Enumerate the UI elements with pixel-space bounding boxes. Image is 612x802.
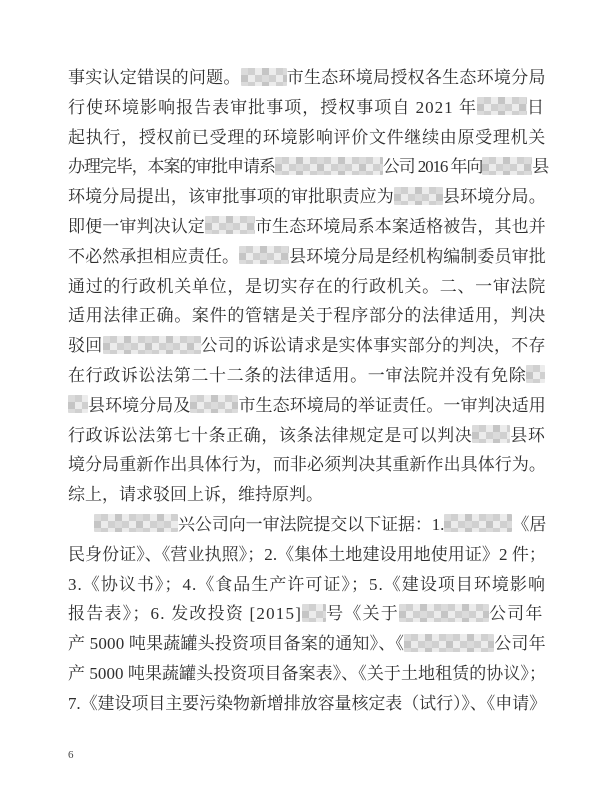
- text-segment: 通过的行政机关单位，是切实存在的行政机关。二、一审法院: [68, 277, 546, 296]
- text-segment: 行政诉讼法第七十条正确，该条法律规定是可以判决: [68, 426, 472, 445]
- text-line-content: 通过的行政机关单位，是切实存在的行政机关。二、一审法院: [68, 272, 546, 302]
- text-segment: 产 5000 吨果蔬罐头投资项目备案的通知》、《: [68, 634, 404, 653]
- text-line-content: 适用法律正确。案件的管辖是关于程序部分的法律适用，判决: [68, 301, 546, 331]
- text-line-content: 产 5000 吨果蔬罐头投资项目备案表》、《关于土地租赁的协议》；: [68, 659, 546, 689]
- text-segment: 市生态环境局系本案适格被告，其也并: [255, 217, 546, 236]
- text-line: 驳回公司的诉讼请求是实体事实部分的判决，不存: [68, 331, 546, 361]
- text-segment: 不必然承担相应责任。: [68, 247, 239, 266]
- redaction-block: [241, 68, 287, 86]
- text-segment: 市生态环境局的举证责任。一审判决适用: [238, 396, 545, 415]
- text-segment: 环境分局提出，该审批事项的审批职责应为: [68, 187, 394, 206]
- text-line-content: 兴公司向一审法院提交以下证据：1.《居: [94, 510, 546, 540]
- text-line-content: 环境分局提出，该审批事项的审批职责应为县环境分局。: [68, 182, 546, 212]
- redaction-block: [399, 604, 489, 622]
- text-line-content: 报告表》；6. 发改投资 [2015]号《关于公司年: [68, 599, 544, 629]
- text-segment: 民身份证》、《营业执照》；2.《集体土地建设用地使用证》2 件；: [68, 545, 546, 564]
- text-segment: 公司 2016 年向: [383, 157, 483, 176]
- redaction-block: [94, 514, 178, 532]
- redaction-block: [526, 365, 545, 383]
- text-segment: 县环: [510, 426, 545, 445]
- text-line: 综上，请求驳回上诉，维持原判。: [68, 480, 546, 510]
- redaction-block: [472, 425, 510, 443]
- text-line-content: 行政诉讼法第七十条正确，该条法律规定是可以判决县环: [68, 421, 545, 451]
- text-segment: 境分局重新作出具体行为，而非必须判决其重新作出具体行为。: [68, 455, 546, 474]
- text-line: 产 5000 吨果蔬罐头投资项目备案的通知》、《公司年: [68, 629, 546, 659]
- text-line: 兴公司向一审法院提交以下证据：1.《居: [68, 510, 546, 540]
- text-segment: 在行政诉讼法第二十二条的法律适用。一审法院并没有免除: [68, 366, 526, 385]
- text-line-content: 民身份证》、《营业执照》；2.《集体土地建设用地使用证》2 件；: [68, 540, 546, 570]
- text-line-content: 即便一审判决认定市生态环境局系本案适格被告，其也并: [68, 212, 546, 242]
- redaction-block: [394, 187, 443, 205]
- text-line: 环境分局提出，该审批事项的审批职责应为县环境分局。: [68, 182, 546, 212]
- text-segment: 县环境分局及: [88, 396, 190, 415]
- text-line: 产 5000 吨果蔬罐头投资项目备案表》、《关于土地租赁的协议》；: [68, 659, 546, 689]
- text-segment: 适用法律正确。案件的管辖是关于程序部分的法律适用，判决: [68, 306, 546, 325]
- text-segment: 公司年: [494, 634, 546, 653]
- redaction-block: [239, 246, 289, 264]
- text-segment: 办理完毕，本案的审批申请系: [68, 157, 275, 176]
- judgment-text-block: 事实认定错误的问题。市生态环境局授权各生态环境分局行使环境影响报告表审批事项，授…: [68, 63, 546, 719]
- document-page: 事实认定错误的问题。市生态环境局授权各生态环境分局行使环境影响报告表审批事项，授…: [0, 0, 612, 802]
- text-line: 办理完毕，本案的审批申请系公司 2016 年向县: [68, 152, 546, 182]
- text-segment: 驳回: [68, 336, 103, 355]
- text-segment: 市生态环境局授权各生态环境分局: [287, 68, 546, 87]
- redaction-block: [477, 97, 527, 115]
- text-line: 境分局重新作出具体行为，而非必须判决其重新作出具体行为。: [68, 450, 546, 480]
- redaction-block: [302, 604, 326, 622]
- text-segment: 兴公司向一审法院提交以下证据：1.: [178, 515, 444, 534]
- text-line-content: 办理完毕，本案的审批申请系公司 2016 年向县: [68, 152, 548, 182]
- text-segment: 产 5000 吨果蔬罐头投资项目备案表》、《关于土地租赁的协议》；: [68, 664, 546, 683]
- text-line-content: 事实认定错误的问题。市生态环境局授权各生态环境分局: [68, 63, 546, 93]
- text-line-content: 在行政诉讼法第二十二条的法律适用。一审法院并没有免除: [68, 361, 545, 391]
- text-segment: 县: [532, 157, 548, 176]
- redaction-block: [103, 336, 201, 354]
- text-segment: 起执行，授权前已受理的环境影响评价文件继续由原受理机关: [68, 128, 546, 147]
- page-number: 6: [68, 748, 74, 762]
- text-line: 在行政诉讼法第二十二条的法律适用。一审法院并没有免除: [68, 361, 546, 391]
- text-line: 起执行，授权前已受理的环境影响评价文件继续由原受理机关: [68, 123, 546, 153]
- redaction-block: [444, 514, 512, 532]
- text-line-content: 产 5000 吨果蔬罐头投资项目备案的通知》、《公司年: [68, 629, 546, 659]
- text-line-content: 不必然承担相应责任。县环境分局是经机构编制委员审批: [68, 242, 546, 272]
- text-line-content: 3.《协议书》；4.《食品生产许可证》；5.《建设项目环境影响: [68, 570, 546, 600]
- text-line: 民身份证》、《营业执照》；2.《集体土地建设用地使用证》2 件；: [68, 540, 546, 570]
- text-line: 事实认定错误的问题。市生态环境局授权各生态环境分局: [68, 63, 546, 93]
- text-line: 3.《协议书》；4.《食品生产许可证》；5.《建设项目环境影响: [68, 570, 546, 600]
- text-line: 县环境分局及市生态环境局的举证责任。一审判决适用: [68, 391, 546, 421]
- text-line-content: 境分局重新作出具体行为，而非必须判决其重新作出具体行为。: [68, 450, 546, 480]
- text-segment: 7.《建设项目主要污染物新增排放容量核定表（试行）》、《申请》: [68, 694, 546, 713]
- text-line: 行使环境影响报告表审批事项，授权事项自 2021 年日: [68, 93, 546, 123]
- text-segment: 公司的诉讼请求是实体事实部分的判决，不存: [201, 336, 546, 355]
- text-line: 不必然承担相应责任。县环境分局是经机构编制委员审批: [68, 242, 546, 272]
- text-line: 报告表》；6. 发改投资 [2015]号《关于公司年: [68, 599, 546, 629]
- text-line: 通过的行政机关单位，是切实存在的行政机关。二、一审法院: [68, 272, 546, 302]
- redaction-block: [190, 395, 238, 413]
- redaction-block: [275, 157, 383, 175]
- text-line-content: 综上，请求驳回上诉，维持原判。: [68, 480, 323, 510]
- text-line: 7.《建设项目主要污染物新增排放容量核定表（试行）》、《申请》: [68, 689, 546, 719]
- text-segment: 《居: [512, 515, 546, 534]
- text-line-content: 驳回公司的诉讼请求是实体事实部分的判决，不存: [68, 331, 546, 361]
- text-line: 即便一审判决认定市生态环境局系本案适格被告，其也并: [68, 212, 546, 242]
- redaction-block: [68, 395, 88, 413]
- text-segment: 号《关于: [326, 604, 399, 623]
- text-segment: 日: [527, 98, 545, 117]
- text-line: 行政诉讼法第七十条正确，该条法律规定是可以判决县环: [68, 421, 546, 451]
- text-segment: 县环境分局是经机构编制委员审批: [289, 247, 546, 266]
- text-segment: 行使环境影响报告表审批事项，授权事项自 2021 年: [68, 98, 477, 117]
- redaction-block: [482, 157, 532, 175]
- text-segment: 事实认定错误的问题。: [68, 68, 241, 87]
- text-line-content: 7.《建设项目主要污染物新增排放容量核定表（试行）》、《申请》: [68, 689, 546, 719]
- text-segment: 公司年: [489, 604, 544, 623]
- text-line: 适用法律正确。案件的管辖是关于程序部分的法律适用，判决: [68, 301, 546, 331]
- text-line-content: 行使环境影响报告表审批事项，授权事项自 2021 年日: [68, 93, 545, 123]
- text-segment: 县环境分局。: [443, 187, 546, 206]
- text-segment: 综上，请求驳回上诉，维持原判。: [68, 485, 323, 504]
- text-segment: 报告表》；6. 发改投资 [2015]: [68, 604, 302, 623]
- redaction-block: [404, 634, 494, 652]
- redaction-block: [205, 216, 255, 234]
- text-line-content: 起执行，授权前已受理的环境影响评价文件继续由原受理机关: [68, 123, 546, 153]
- text-segment: 即便一审判决认定: [68, 217, 205, 236]
- text-segment: 3.《协议书》；4.《食品生产许可证》；5.《建设项目环境影响: [68, 575, 546, 594]
- text-line-content: 县环境分局及市生态环境局的举证责任。一审判决适用: [68, 391, 546, 421]
